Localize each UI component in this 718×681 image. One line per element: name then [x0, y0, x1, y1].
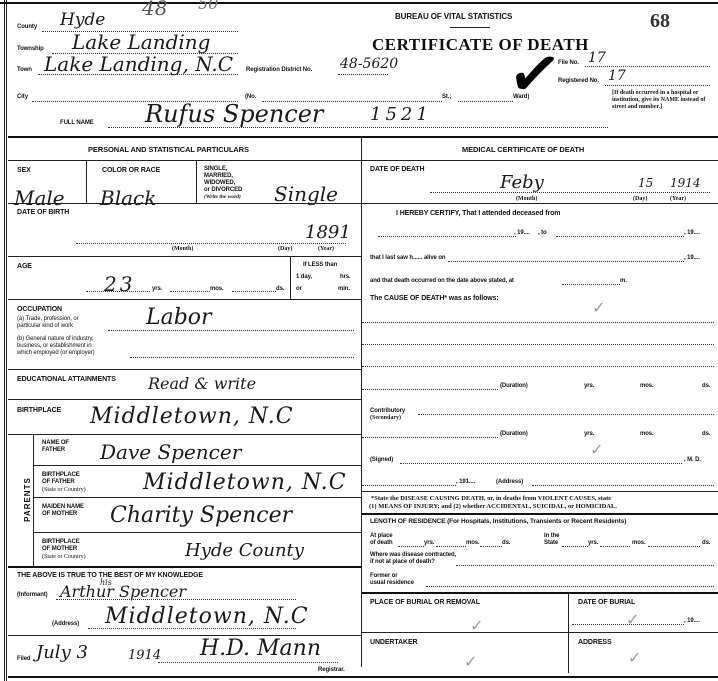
- medical-title-divider: [362, 160, 718, 161]
- undertaker-divider: [362, 632, 718, 633]
- attended-19-b: , 19....: [684, 230, 700, 236]
- undertaker-label: UNDERTAKER: [370, 639, 417, 646]
- county-value: Hyde: [60, 10, 105, 30]
- mother-bp-1: BIRTHPLACE: [42, 539, 80, 545]
- center-divider: [361, 137, 362, 667]
- occupation-b-2: business, or establishment in: [17, 343, 91, 349]
- hrs-label: hrs.: [340, 274, 351, 280]
- mother-bp-3: (State or Country): [42, 554, 86, 560]
- footnote-line-2: (1) MEANS OF INJURY; and (2) whether ACC…: [369, 503, 617, 510]
- contrib-yrs: yrs.: [584, 431, 594, 437]
- in-state-mos: mos.: [632, 540, 646, 546]
- former-line: [426, 586, 714, 587]
- township-value: Lake Landing: [72, 30, 211, 54]
- reg-district-value: 48-5620: [340, 56, 398, 72]
- contributory-label-1: Contributory: [370, 408, 405, 414]
- marital-label-1: SINGLE,: [204, 166, 227, 172]
- filed-line: [158, 662, 338, 663]
- marital-hint: (Write the word): [204, 194, 241, 200]
- occupation-b-line: [130, 357, 354, 358]
- filed-date: July 3: [36, 642, 88, 663]
- certify-text: I HEREBY CERTIFY, That I attended deceas…: [396, 210, 560, 217]
- former-2: usual residence: [370, 580, 414, 586]
- color-marital-divider: [196, 161, 197, 203]
- top-scrawl-2: 50: [198, 0, 218, 13]
- birthplace-row-divider: [8, 434, 361, 435]
- cause-line-2: [362, 344, 714, 345]
- age-mos-line: [170, 291, 210, 292]
- occupation-b-1: (b) General nature of industry,: [17, 336, 94, 342]
- signed-line: [400, 463, 682, 464]
- in-state-1: In the: [544, 533, 559, 539]
- father-bp-1: BIRTHPLACE: [42, 472, 80, 478]
- registrar-label: Registrar.: [318, 667, 345, 673]
- mother-bp-value: Hyde County: [185, 540, 304, 561]
- at-place-mos: mos.: [466, 540, 480, 546]
- registrar-value: H.D. Mann: [200, 636, 321, 661]
- cause-duration-line: [362, 389, 498, 390]
- registered-no-value: 17: [608, 68, 626, 84]
- hospital-note: [If death occurred in a hospital or inst…: [612, 90, 717, 111]
- attended-from-line: [378, 236, 516, 237]
- dod-label: DATE OF DEATH: [370, 166, 424, 173]
- father-bp-value: Middletown, N.C: [143, 470, 347, 495]
- occupation-label: OCCUPATION: [17, 306, 62, 313]
- cause-check-mark: ✓: [592, 298, 605, 318]
- bottom-border: [8, 676, 718, 678]
- county-label: County: [17, 24, 37, 30]
- cause-ds: ds.: [702, 383, 710, 389]
- ward-line: [458, 101, 513, 102]
- burial-divider: [568, 593, 569, 673]
- registered-no-line: [605, 85, 710, 86]
- informant-label: (Informant): [17, 592, 48, 598]
- medical-section-title: MEDICAL CERTIFICATE OF DEATH: [462, 145, 584, 154]
- in-state-ds-line: [648, 546, 700, 547]
- occupation-b-3: which employed (or employer): [17, 350, 95, 356]
- sex-label: SEX: [17, 167, 31, 174]
- occupation-value: Labor: [146, 305, 212, 330]
- less-than-label: If LESS than: [303, 262, 337, 268]
- signed-check-mark: ✓: [590, 440, 603, 460]
- sex-color-divider: [86, 161, 87, 203]
- education-value: Read & write: [148, 374, 256, 393]
- at-place-2: of death: [370, 540, 393, 546]
- contributory-label-2: (Secondary): [370, 415, 401, 421]
- in-state-yrs-line: [562, 546, 588, 547]
- full-name-number: 1521: [370, 104, 432, 125]
- reg-district-label: Registration District No.: [246, 67, 312, 73]
- last-saw-text: that I last saw h...... alive on: [370, 255, 446, 261]
- city-label: City: [17, 94, 28, 100]
- at-place-yrs-line: [398, 546, 424, 547]
- header-divider: [8, 136, 718, 138]
- footnote-line-1: *State the DISEASE CAUSING DEATH, or, in…: [371, 495, 611, 502]
- dod-day: 15: [638, 176, 653, 190]
- date-191-line: [362, 485, 456, 486]
- marital-label-3: WIDOWED,: [204, 180, 235, 186]
- undertaker-check: ✓: [464, 652, 477, 672]
- contrib-ds: ds.: [702, 431, 710, 437]
- top-scrawl: 48: [142, 0, 167, 20]
- birthplace-value: Middletown, N.C: [90, 404, 294, 429]
- dod-line: [430, 192, 710, 193]
- left-border: [4, 0, 7, 681]
- occurred-text: and that death occurred on the date abov…: [370, 278, 514, 284]
- personal-title-divider: [8, 160, 361, 161]
- mother-value: Charity Spencer: [110, 503, 292, 528]
- father-label-1: NAME OF: [42, 440, 69, 446]
- age-value: 23: [104, 272, 135, 296]
- parents-label: PARENTS: [23, 477, 32, 522]
- burial-date-label: DATE OF BURIAL: [578, 599, 635, 606]
- cause-label: The CAUSE OF DEATH* was as follows:: [370, 295, 499, 302]
- sex-row-divider: [8, 203, 361, 204]
- date-191: , 191....: [456, 479, 475, 485]
- father-bp-row-divider: [34, 497, 361, 498]
- filed-label: Filed: [17, 656, 31, 662]
- min-label: min.: [338, 286, 350, 292]
- personal-section-title: PERSONAL AND STATISTICAL PARTICULARS: [88, 145, 249, 154]
- attended-to: , to: [538, 230, 547, 236]
- mother-label-1: MAIDEN NAME: [42, 504, 84, 510]
- former-1: Former or: [370, 573, 397, 579]
- dob-line: [76, 243, 346, 244]
- father-bp-3: (State or Country): [42, 487, 86, 493]
- age-mos-label: mos.: [210, 286, 224, 292]
- cause-line-3: [362, 366, 714, 367]
- in-state-ds: ds.: [702, 540, 710, 546]
- dob-year-label: (Year): [318, 246, 334, 252]
- in-state-mos-line: [600, 546, 630, 547]
- age-ds-label: ds.: [276, 286, 284, 292]
- burial-19: , 19....: [684, 618, 700, 624]
- file-no-line: [585, 66, 710, 67]
- dod-day-label: (Day): [633, 196, 647, 202]
- reg-district-line: [338, 74, 388, 75]
- contracted-1: Where was disease contracted,: [370, 552, 456, 558]
- dod-month-label: (Month): [516, 196, 537, 202]
- mother-bp-2: OF MOTHER: [42, 546, 77, 552]
- mother-label-2: OF MOTHER: [42, 511, 77, 517]
- contracted-line: [456, 565, 714, 566]
- contrib-duration-label: (Duration): [500, 431, 528, 437]
- last-saw-19: , 19....: [684, 255, 700, 261]
- marital-label-2: MARRIED,: [204, 173, 233, 179]
- attended-to-line: [556, 236, 684, 237]
- contrib-mos: mos.: [640, 431, 654, 437]
- full-name-value: Rufus Spencer: [145, 100, 323, 128]
- color-label: COLOR OR RACE: [102, 167, 160, 174]
- registered-no-label: Registered No.: [558, 78, 599, 84]
- age-less-divider: [290, 257, 291, 299]
- dod-year-label: (Year): [670, 196, 686, 202]
- father-label-2: FATHER: [42, 447, 65, 453]
- signed-address-line: [532, 485, 714, 486]
- cause-yrs: yrs.: [584, 383, 594, 389]
- age-ds-line: [232, 291, 276, 292]
- town-label: Town: [17, 67, 32, 73]
- filed-year: 1914: [128, 648, 161, 663]
- contrib-duration-line: [362, 437, 498, 438]
- parents-divider: [33, 435, 34, 566]
- father-value: Dave Spencer: [100, 440, 241, 464]
- birthplace-label: BIRTHPLACE: [17, 407, 61, 414]
- contributory-line: [418, 414, 714, 415]
- burial-place-check: ✓: [470, 616, 483, 636]
- cause-duration-label: (Duration): [500, 383, 528, 389]
- burial-date-check: ✓: [626, 610, 639, 630]
- at-place-yrs: yrs.: [424, 540, 434, 546]
- or-label: or: [296, 286, 302, 292]
- bureau-underline: [450, 27, 490, 28]
- informant-note: his: [100, 578, 112, 587]
- dob-month-label: (Month): [172, 246, 193, 252]
- town-value: Lake Landing, N.C: [44, 52, 233, 76]
- footnote-divider: [362, 491, 718, 492]
- top-border: [0, 2, 718, 4]
- cause-line-1: [362, 322, 714, 323]
- in-state-2: State: [544, 540, 558, 546]
- occupation-a-2: particular kind of work: [17, 323, 73, 329]
- bureau-heading: BUREAU OF VITAL STATISTICS: [395, 12, 512, 21]
- md-label: , M. D.: [684, 457, 701, 463]
- age-label: AGE: [17, 263, 32, 270]
- address-label: (Address): [52, 621, 79, 627]
- residence-top-divider: [362, 513, 718, 515]
- residence-label: LENGTH OF RESIDENCE (For Hospitals, Inst…: [370, 518, 626, 525]
- signed-address-label: (Address): [496, 479, 523, 485]
- occupation-a-1: (a) Trade, profession, or: [17, 316, 79, 322]
- undertaker-address-label: ADDRESS: [578, 639, 612, 646]
- burial-top-divider: [362, 592, 718, 594]
- ward-label: Ward): [513, 94, 529, 100]
- dob-row-divider: [8, 256, 361, 257]
- less-than-day: 1 day,: [296, 274, 312, 280]
- file-no-label: File No.: [558, 60, 579, 66]
- dod-row-divider: [362, 203, 718, 204]
- in-state-yrs: yrs.: [588, 540, 598, 546]
- signed-label: (Signed): [370, 457, 393, 463]
- dob-label: DATE OF BIRTH: [17, 209, 69, 216]
- contracted-2: if not at place of death?: [370, 559, 435, 565]
- attended-19-a: , 19....: [514, 230, 530, 236]
- occupation-a-line: [108, 330, 354, 331]
- education-label: EDUCATIONAL ATTAINMENTS: [17, 376, 116, 383]
- at-place-1: At place: [370, 533, 393, 539]
- father-row-divider: [34, 465, 361, 466]
- st-label: St.;: [442, 94, 451, 100]
- education-row-divider: [8, 399, 361, 400]
- marital-label-4: or DIVORCED: [204, 187, 242, 193]
- address-value: Middletown, N.C: [105, 604, 309, 629]
- occurred-m: m.: [620, 278, 627, 284]
- occupation-row-divider: [8, 369, 361, 370]
- age-row-divider: [8, 299, 361, 300]
- occurred-line: [562, 284, 620, 285]
- at-place-ds: ds.: [502, 540, 510, 546]
- undertaker-address-check: ✓: [628, 648, 641, 668]
- cause-mos: mos.: [640, 383, 654, 389]
- parents-bottom-divider: [8, 566, 361, 568]
- last-saw-line: [448, 261, 684, 262]
- burial-place-label: PLACE OF BURIAL OR REMOVAL: [370, 599, 480, 606]
- dob-year: 1891: [305, 222, 351, 243]
- page-number: 68: [650, 10, 670, 33]
- age-yrs-label: yrs.: [152, 286, 162, 292]
- full-name-label: FULL NAME: [60, 120, 94, 126]
- sex-value: Male: [14, 186, 65, 210]
- mother-row-divider: [34, 532, 361, 533]
- dod-year: 1914: [670, 176, 701, 190]
- dob-day-label: (Day): [278, 246, 292, 252]
- township-label: Township: [17, 46, 44, 52]
- color-value: Black: [100, 186, 156, 210]
- informant-value: Arthur Spencer: [60, 582, 186, 601]
- at-place-ds-line: [480, 546, 502, 547]
- file-no-value: 17: [588, 50, 606, 66]
- father-bp-2: OF FATHER: [42, 479, 75, 485]
- dod-month: Feby: [500, 172, 544, 193]
- at-place-mos-line: [436, 546, 466, 547]
